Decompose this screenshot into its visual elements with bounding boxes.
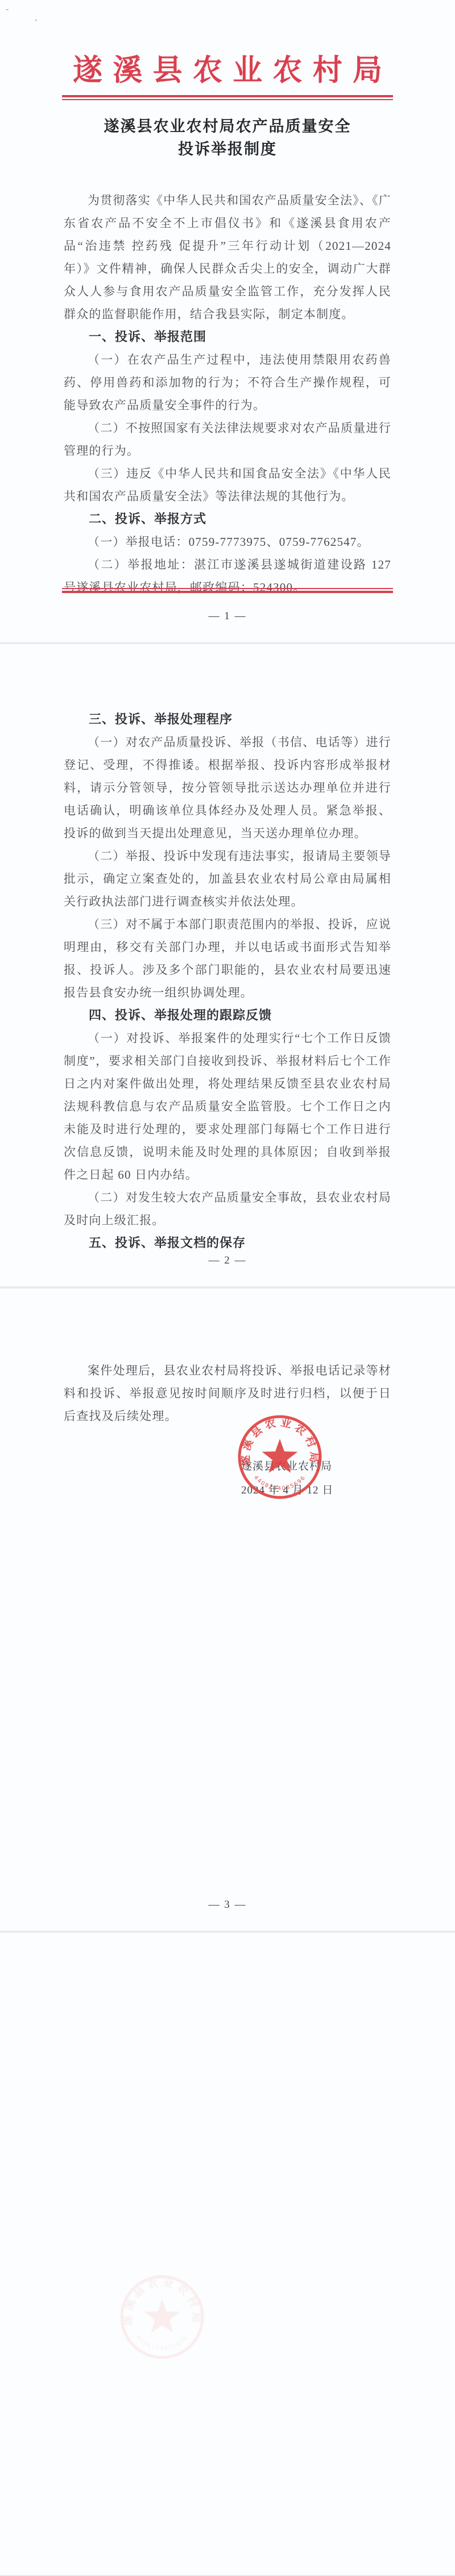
paragraph: （二）不按照国家有关法律法规要求对农产品质量进行管理的行为。 bbox=[64, 417, 391, 462]
paragraph-archive: 案件处理后，县农业农村局将投诉、举报电话记录等材料和投诉、举报意见按时间顺序及时… bbox=[64, 1359, 391, 1427]
page-3-body: 案件处理后，县农业农村局将投诉、举报电话记录等材料和投诉、举报意见按时间顺序及时… bbox=[0, 1289, 455, 1427]
page-number-2: — 2 — bbox=[0, 1254, 455, 1267]
page-3: 案件处理后，县农业农村局将投诉、举报电话记录等材料和投诉、举报意见按时间顺序及时… bbox=[0, 1289, 455, 1931]
section-heading: 一、投诉、举报范围 bbox=[64, 326, 391, 348]
letterhead-title: 遂溪县农业农村局 bbox=[73, 55, 382, 87]
section-heading: 二、投诉、举报方式 bbox=[64, 508, 391, 530]
seal-star-icon bbox=[262, 1439, 298, 1473]
page-1: 遂溪县农业农村局 遂溪县农业农村局农产品质量安全 投诉举报制度 为贯彻落实《中华… bbox=[0, 0, 455, 642]
bleed-seal-graphic: 遂溪县农业农村局 4408234035696 bbox=[119, 2274, 205, 2360]
paragraph: （三）违反《中华人民共和国食品安全法》《中华人民共和国农产品质量安全法》等法律法… bbox=[64, 462, 391, 508]
seal-code: 4408234035696 bbox=[135, 2335, 189, 2352]
seal-star-icon bbox=[144, 2299, 180, 2333]
scan-artifact bbox=[35, 19, 37, 21]
document-title: 遂溪县农业农村局农产品质量安全 投诉举报制度 bbox=[0, 115, 455, 161]
section-heading: 五、投诉、举报文档的保存 bbox=[64, 1232, 391, 1254]
scan-artifact bbox=[6, 9, 9, 10]
letterhead-rule-thin bbox=[62, 99, 393, 100]
section-heading: 四、投诉、举报处理的跟踪反馈 bbox=[64, 1004, 391, 1027]
intro-paragraph: 为贯彻落实《中华人民共和国农产品质量安全法》、《广东省农产品不安全不上市倡仪书》… bbox=[64, 189, 391, 326]
letterhead-rule bbox=[62, 95, 393, 100]
page-2-body: 三、投诉、举报处理程序 （一）对农产品质量投诉、举报（书信、电话等）进行登记、受… bbox=[0, 644, 455, 1254]
document-title-line1: 遂溪县农业农村局农产品质量安全 bbox=[0, 115, 455, 138]
paragraph: （二）对发生较大农产品质量安全事故，县农业农村局及时向上级汇报。 bbox=[64, 1186, 391, 1232]
paragraph: （三）对不属于本部门职责范围内的举报、投诉，应说明理由，移交有关部门办理，并以电… bbox=[64, 913, 391, 1004]
seal-code: 4408234035696 bbox=[253, 1475, 307, 1492]
page-4: 遂溪县农业农村局 4408234035696 bbox=[0, 1933, 455, 2575]
paragraph-report-phone: （一）举报电话：0759-7773975、0759-7762547。 bbox=[64, 530, 391, 553]
page-1-body: 为贯彻落实《中华人民共和国农产品质量安全法》、《广东省农产品不安全不上市倡仪书》… bbox=[0, 189, 455, 599]
svg-text:4408234035696: 4408234035696 bbox=[253, 1475, 307, 1492]
paragraph: （一）对投诉、举报案件的处理实行“七个工作日反馈制度”，要求相关部门自接收到投诉… bbox=[64, 1027, 391, 1186]
svg-text:4408234035696: 4408234035696 bbox=[135, 2335, 189, 2352]
paragraph: （一）对农产品质量投诉、举报（书信、电话等）进行登记、受理，不得推诿。根据举报、… bbox=[64, 731, 391, 845]
footer-rule bbox=[62, 588, 393, 593]
section-heading: 三、投诉、举报处理程序 bbox=[64, 708, 391, 731]
official-seal-graphic: 遂溪县农业农村局 4408234035696 bbox=[237, 1414, 322, 1500]
document-title-line2: 投诉举报制度 bbox=[0, 138, 455, 161]
page-number-3: — 3 — bbox=[0, 1899, 455, 1911]
paragraph: （一）在农产品生产过程中，违法使用禁限用农药兽药、停用兽药和添加物的行为；不符合… bbox=[64, 348, 391, 417]
page-number-1: — 1 — bbox=[0, 610, 455, 623]
page-2: 三、投诉、举报处理程序 （一）对农产品质量投诉、举报（书信、电话等）进行登记、受… bbox=[0, 644, 455, 1286]
bleed-through-seal: 遂溪县农业农村局 4408234035696 bbox=[119, 2274, 205, 2360]
paragraph: （二）举报、投诉中发现有违法事实，报请局主要领导批示，确定立案查处的，加盖县农业… bbox=[64, 845, 391, 913]
official-seal: 遂溪县农业农村局 4408234035696 bbox=[237, 1414, 322, 1500]
